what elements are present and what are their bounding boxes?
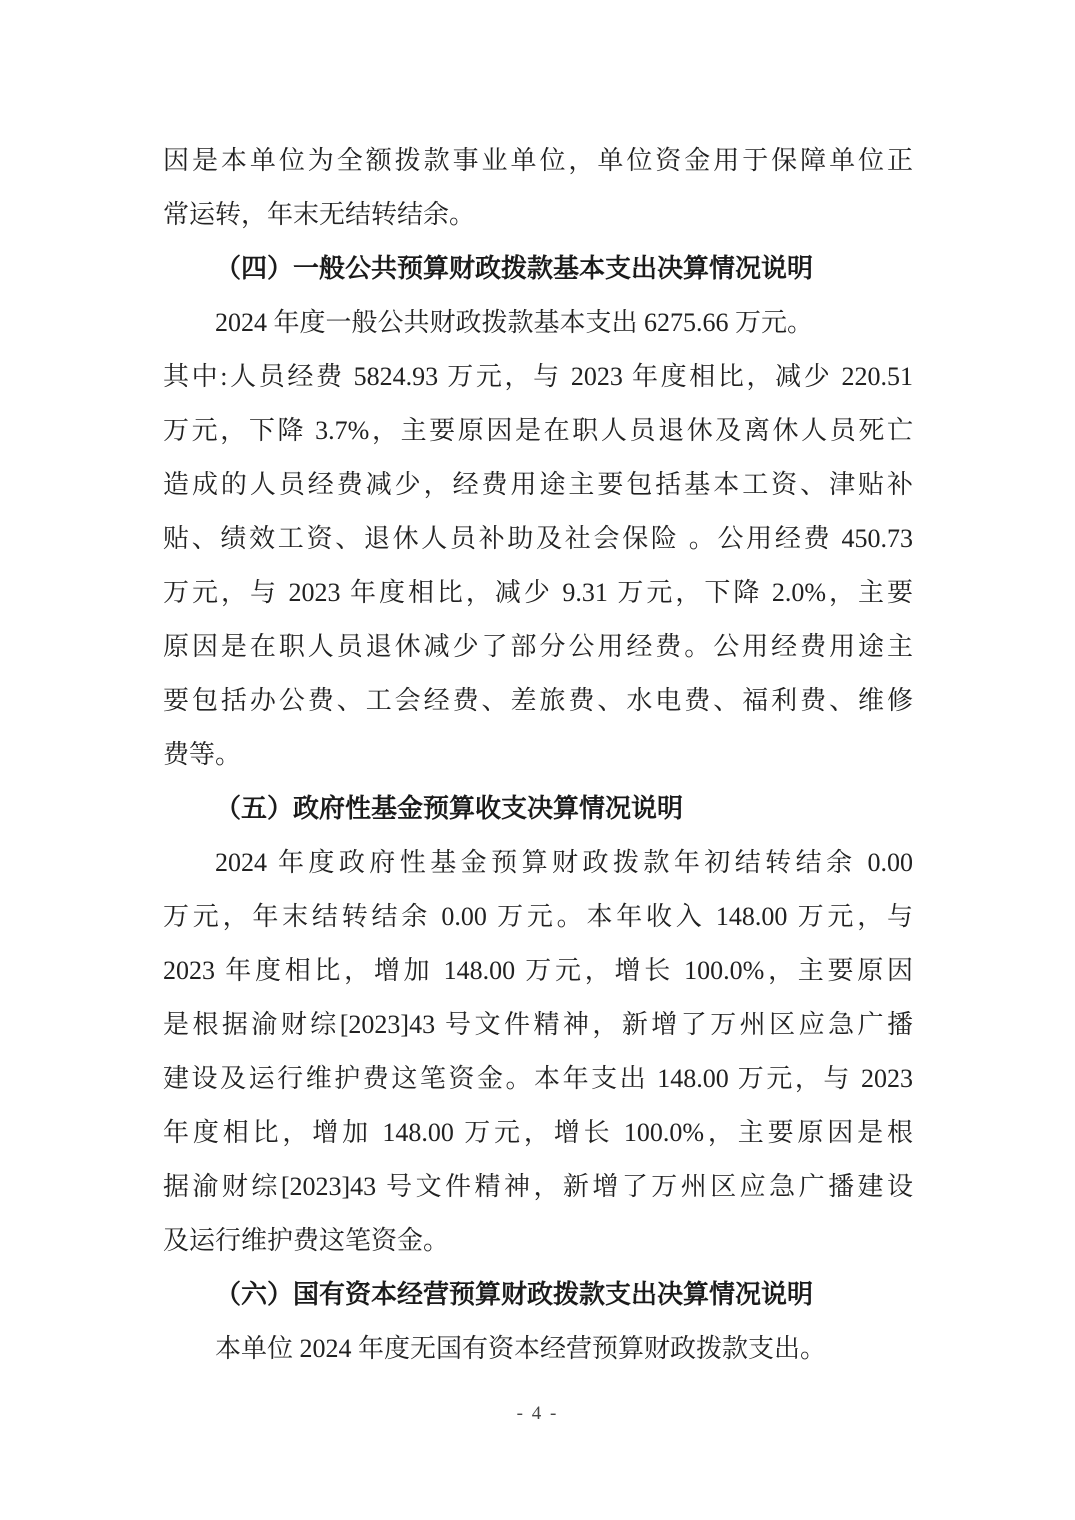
document-body: 因是本单位为全额拨款事业单位，单位资金用于保障单位正常运转，年末无结转结余。（四… [163,134,913,1376]
text-line: 2024 年度政府性基金预算财政拨款年初结转结余 0.00 [163,836,913,890]
text-line: 万元，与 2023 年度相比，减少 9.31 万元，下降 2.0%，主要 [163,566,913,620]
document-page: 因是本单位为全额拨款事业单位，单位资金用于保障单位正常运转，年末无结转结余。（四… [0,0,1075,1520]
section-heading: （五）政府性基金预算收支决算情况说明 [163,782,913,836]
text-line: 据渝财综[2023]43 号文件精神，新增了万州区应急广播建设 [163,1160,913,1214]
text-line: 费等。 [163,728,913,782]
text-line: 2023 年度相比，增加 148.00 万元，增长 100.0%，主要原因 [163,944,913,998]
text-line: 万元，年末结转结余 0.00 万元。本年收入 148.00 万元，与 [163,890,913,944]
text-line: 要包括办公费、工会经费、差旅费、水电费、福利费、维修 [163,674,913,728]
section-heading: （六）国有资本经营预算财政拨款支出决算情况说明 [163,1268,913,1322]
text-line: 原因是在职人员退休减少了部分公用经费。公用经费用途主 [163,620,913,674]
text-line: 万元，下降 3.7%，主要原因是在职人员退休及离休人员死亡 [163,404,913,458]
text-line: 是根据渝财综[2023]43 号文件精神，新增了万州区应急广播 [163,998,913,1052]
text-line: 建设及运行维护费这笔资金。本年支出 148.00 万元，与 2023 [163,1052,913,1106]
section-heading: （四）一般公共预算财政拨款基本支出决算情况说明 [163,242,913,296]
text-line: 2024 年度一般公共财政拨款基本支出 6275.66 万元。 [163,296,913,350]
text-line: 本单位 2024 年度无国有资本经营预算财政拨款支出。 [163,1322,913,1376]
text-line: 年度相比，增加 148.00 万元，增长 100.0%，主要原因是根 [163,1106,913,1160]
text-line: 贴、绩效工资、退休人员补助及社会保险 。公用经费 450.73 [163,512,913,566]
text-line: 及运行维护费这笔资金。 [163,1214,913,1268]
text-line: 其中:人员经费 5824.93 万元，与 2023 年度相比，减少 220.51 [163,350,913,404]
page-number: - 4 - [0,1402,1075,1426]
text-line: 常运转，年末无结转结余。 [163,188,913,242]
text-line: 造成的人员经费减少，经费用途主要包括基本工资、津贴补 [163,458,913,512]
text-line: 因是本单位为全额拨款事业单位，单位资金用于保障单位正 [163,134,913,188]
